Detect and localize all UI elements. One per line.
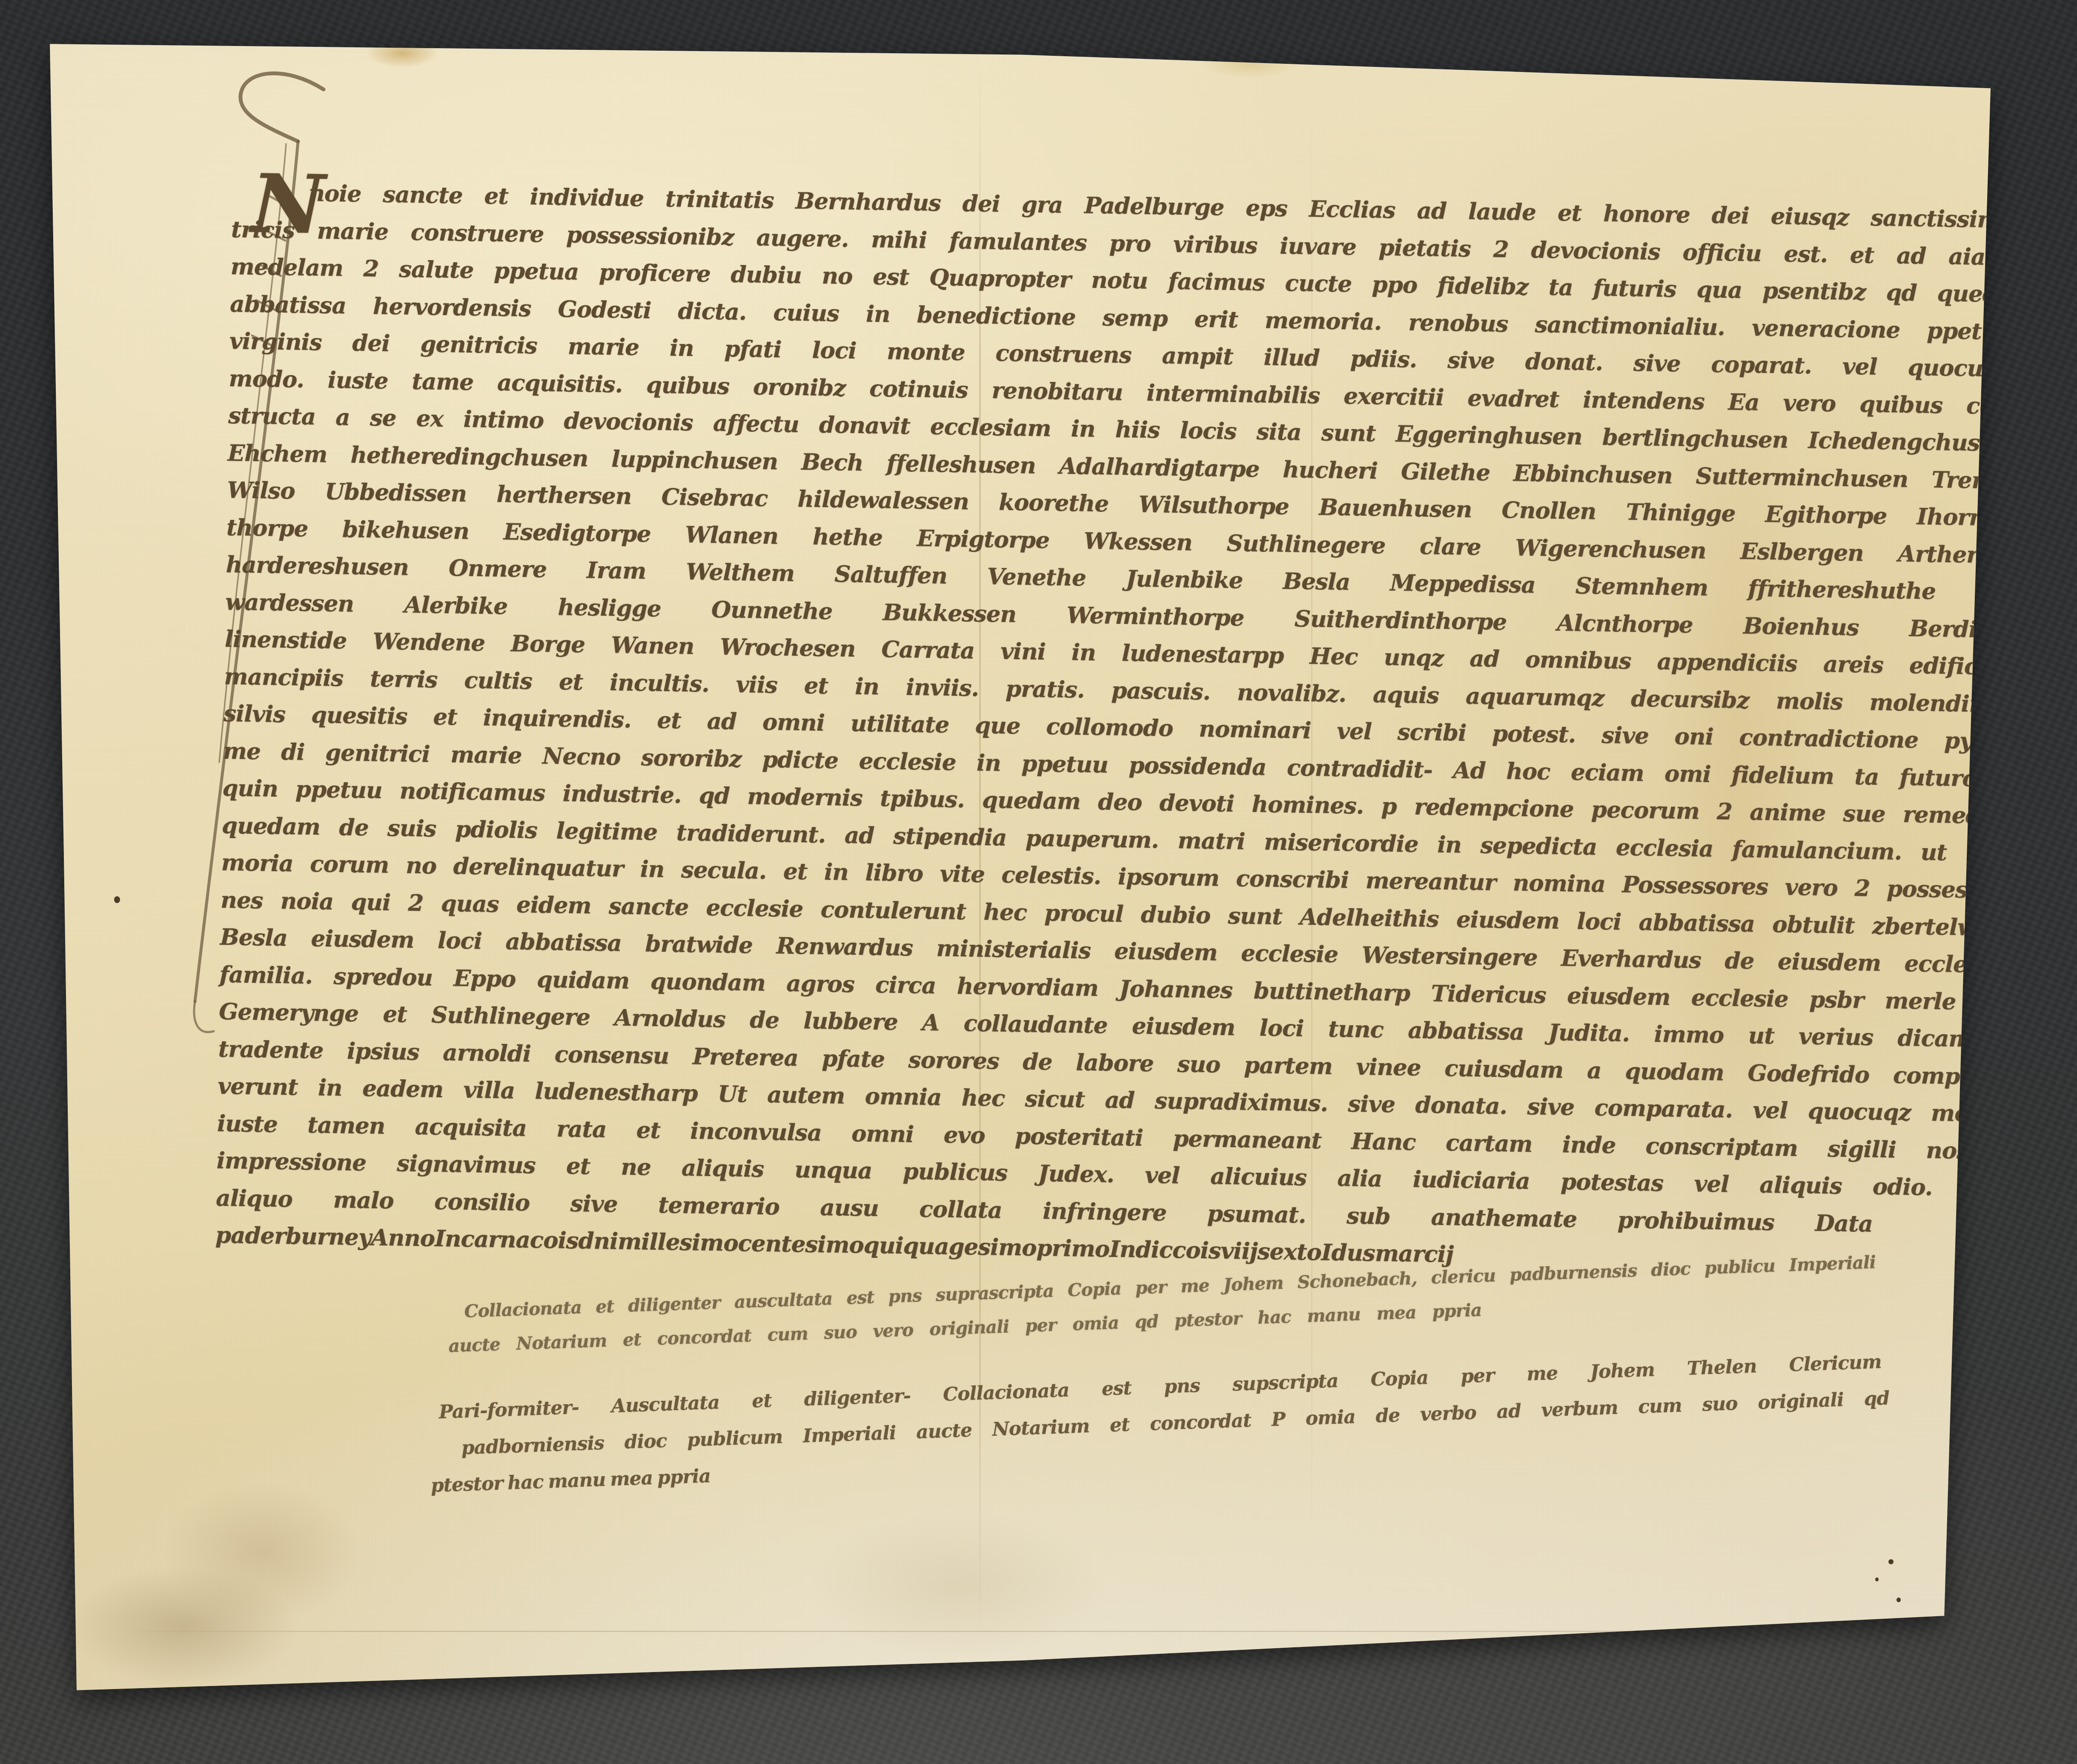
- stain: [809, 1512, 1107, 1661]
- charter-main-text: noiesancteetindividuetrinitatisBernhardu…: [232, 179, 2013, 207]
- stain: [68, 1567, 298, 1686]
- ink-speck: [1875, 1578, 1879, 1581]
- ink-speck: [114, 896, 120, 903]
- text-line: ptestorhacmanumeappria: [430, 1465, 711, 1497]
- photo-backdrop: N noiesancteetindividuetrinitatisBernhar…: [0, 0, 2077, 1764]
- notary-attestation-2: Pari-formiter-Auscultataetdiligenter-Col…: [430, 1350, 1902, 1402]
- parchment-sheet: N noiesancteetindividuetrinitatisBernhar…: [0, 0, 2077, 1764]
- ink-speck: [1888, 1559, 1894, 1564]
- stain: [1200, 49, 1298, 79]
- fold-crease: [111, 1631, 1877, 1632]
- stain: [162, 1482, 362, 1622]
- parchment-wrapper: N noiesancteetindividuetrinitatisBernhar…: [0, 0, 2077, 1764]
- ink-speck: [1897, 1598, 1901, 1602]
- text-line: paderburneyAnnoIncarnacoisdnimillesimoce…: [215, 1222, 1231, 1264]
- stain: [366, 38, 438, 68]
